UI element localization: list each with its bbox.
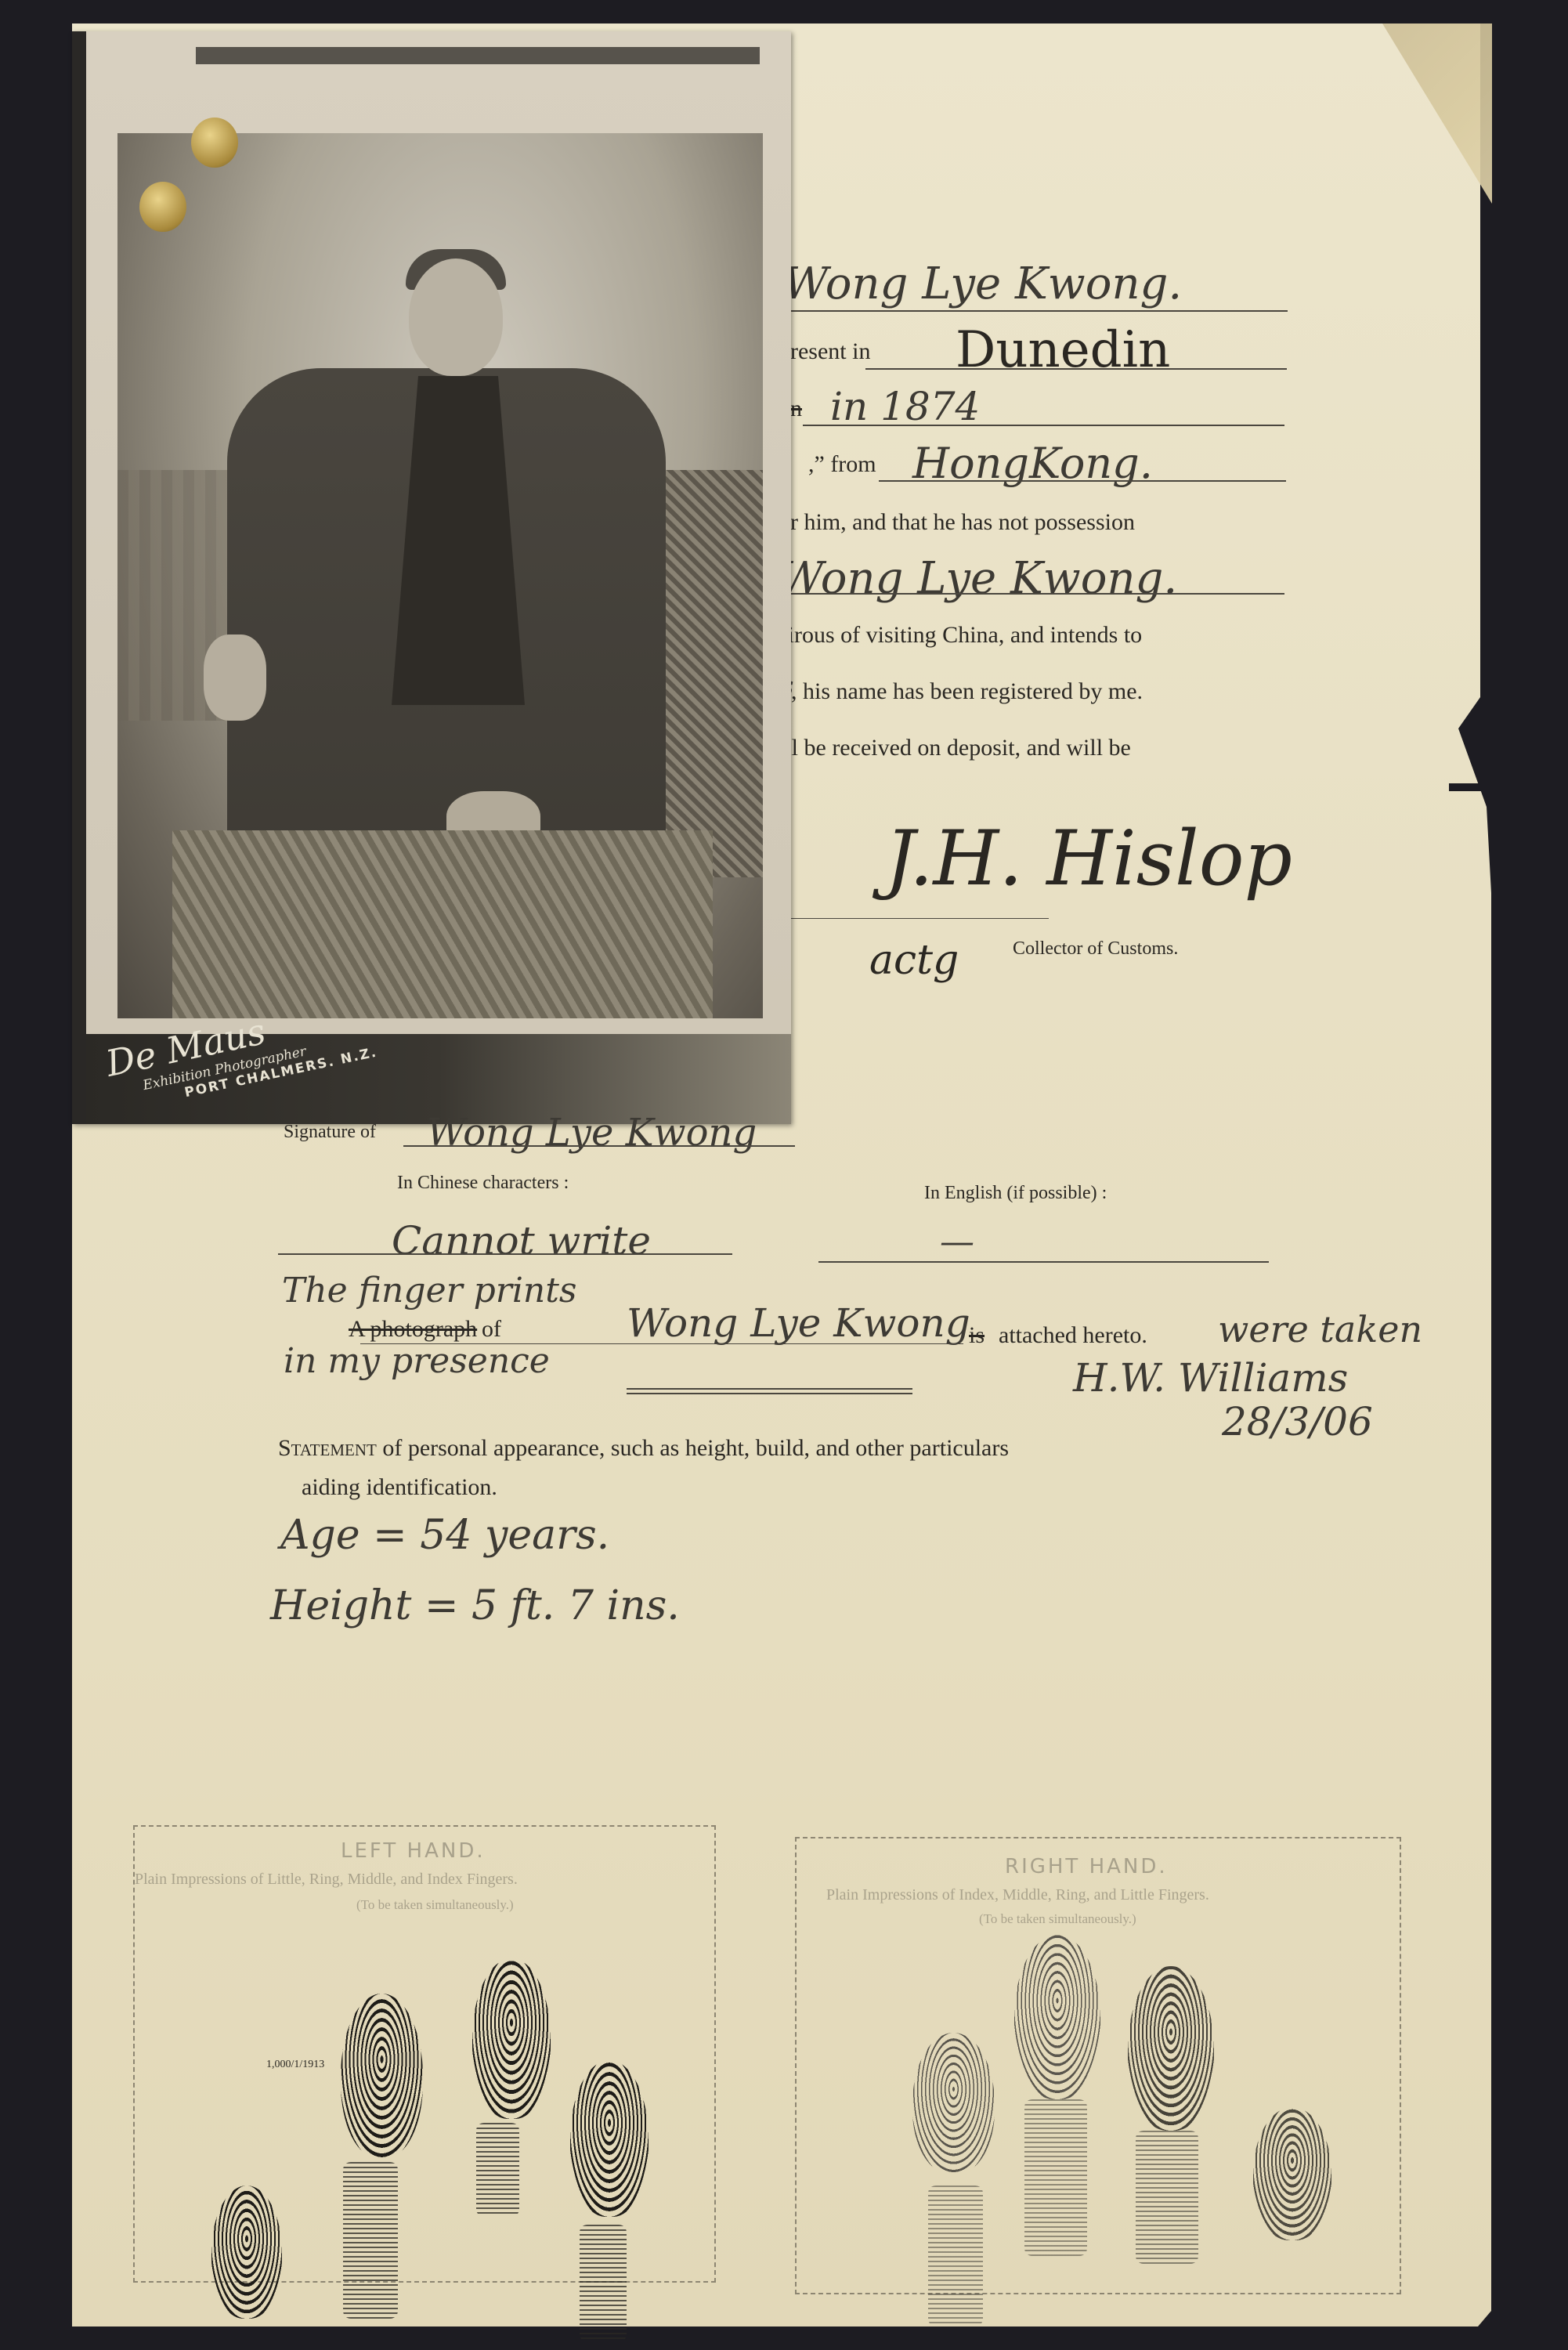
left-index-fingerprint — [570, 2060, 649, 2217]
brass-rivet-icon — [191, 117, 238, 168]
statement-caps: Statement — [278, 1435, 377, 1461]
in-my-presence-annotation: in my presence — [284, 1341, 550, 1381]
name-rule-1 — [779, 310, 1288, 312]
right-middle-fingerprint — [1014, 1935, 1100, 2099]
signature-label: Signature of — [284, 1122, 376, 1143]
form-line-visiting: sirous of visiting China, and intends to — [779, 622, 1142, 649]
right-hand-note: (To be taken simultaneously.) — [979, 1911, 1136, 1927]
wicker-chair — [172, 830, 713, 1018]
fingerprint-annotation: The finger prints — [282, 1271, 577, 1311]
left-middle-fingerprint — [472, 1958, 551, 2119]
form-line-registered: , his name has been registered by me. — [791, 678, 1143, 705]
right-little-fingerprint — [1253, 2107, 1331, 2240]
statement-line2: aiding identification. — [302, 1474, 497, 1501]
right-hand-title: RIGHT HAND. — [1005, 1855, 1168, 1878]
chinese-rule — [278, 1253, 732, 1255]
age-entry: Age = 54 years. — [280, 1512, 609, 1559]
collector-signature: J.H. Hislop — [885, 815, 1292, 902]
attached-hereto: attached hereto. — [999, 1322, 1147, 1349]
right-index-fingerprint — [912, 2033, 995, 2174]
of-label: of — [482, 1316, 501, 1343]
place-rule — [865, 368, 1287, 370]
chinese-characters-value: Cannot write — [392, 1218, 651, 1264]
arrival-rule — [803, 425, 1284, 426]
left-hand-subtitle: Plain Impressions of Little, Ring, Middl… — [135, 1871, 518, 1889]
english-rule — [818, 1261, 1269, 1263]
witness-signature: H.W. Williams — [1073, 1355, 1348, 1401]
name-field-1: Wong Lye Kwong. — [783, 258, 1182, 309]
print-reference: 1,000/1/1913 — [266, 2059, 324, 2071]
left-little-fingerprint — [211, 2185, 282, 2319]
were-taken-annotation: were taken — [1218, 1308, 1422, 1350]
origin-rule — [879, 480, 1286, 482]
statement-heading: Statement of personal appearance, such a… — [278, 1435, 1009, 1462]
present-in-label: present in — [779, 338, 870, 365]
right-ring-fingerprint — [1128, 1966, 1214, 2131]
english-label: In English (if possible) : — [924, 1183, 1107, 1204]
double-rule — [627, 1388, 912, 1390]
left-hand-note: (To be taken simultaneously.) — [356, 1897, 514, 1913]
photograph-struck: A photograph — [349, 1316, 477, 1343]
place-field: Dunedin — [956, 321, 1170, 379]
height-entry: Height = 5 ft. 7 ins. — [270, 1582, 680, 1629]
portrait-photo — [117, 133, 763, 1018]
right-hand-subtitle: Plain Impressions of Index, Middle, Ring… — [826, 1886, 1209, 1904]
arrival-year-field: in 1874 — [830, 384, 980, 429]
left-hand-title: LEFT HAND. — [341, 1839, 486, 1863]
english-value: — — [940, 1222, 974, 1262]
witness-date: 28/3/06 — [1222, 1399, 1373, 1444]
card-damage — [196, 47, 760, 64]
from-label: ,” from — [808, 451, 876, 478]
collector-signature-rule — [779, 918, 1049, 919]
acting-annotation: actg — [869, 937, 959, 984]
name-rule-2 — [779, 593, 1284, 595]
name-field-2: Wong Lye Kwong. — [779, 553, 1177, 604]
chinese-characters-label: In Chinese characters : — [397, 1173, 569, 1194]
signature-rule — [403, 1145, 795, 1147]
left-ring-fingerprint — [341, 1994, 423, 2158]
brass-rivet-icon — [139, 182, 186, 232]
paper-tear — [1449, 783, 1504, 791]
double-rule — [627, 1393, 912, 1394]
attached-name: Wong Lye Kwong — [627, 1300, 970, 1346]
statement-text: of personal appearance, such as height, … — [382, 1435, 1009, 1461]
applicant-signature: Wong Lye Kwong — [427, 1111, 757, 1155]
is-struck: is — [969, 1322, 985, 1349]
form-line-possession: or him, and that he has not possession — [779, 509, 1135, 536]
collector-title: Collector of Customs. — [1013, 938, 1178, 960]
form-line-deposit: ill be received on deposit, and will be — [779, 735, 1131, 761]
